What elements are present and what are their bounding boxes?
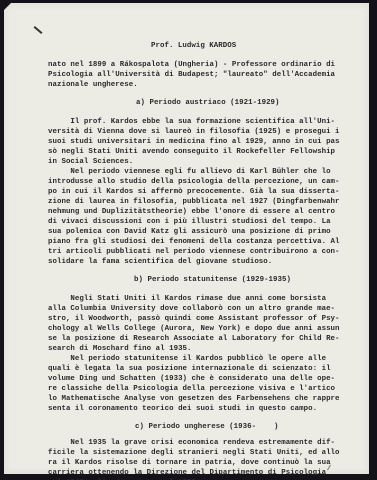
intro-line: nato nel 1899 a Rákospalota (Ungheria) -…: [48, 60, 335, 70]
paragraph-line: piano fra gli studiosi dei fenomeni dell…: [48, 237, 340, 247]
paragraph-line: carriera ottenendo la Direzione del Dipa…: [48, 468, 326, 478]
typewritten-document: Prof. Ludwig KARDOS nato nel 1899 a Ráko…: [0, 0, 377, 480]
paragraph-line: re classiche della Psicologia della perc…: [48, 384, 335, 394]
paragraph-line: chology al Wells College (Aurora, New Yo…: [48, 324, 340, 334]
paragraph-line: solidare la fama scientifica del giovane…: [48, 257, 272, 267]
document-title: Prof. Ludwig KARDOS: [151, 41, 236, 51]
paragraph-line: quali è legata la sua posizione internaz…: [48, 364, 331, 374]
paragraph-line: Il prof. Kardos ebbe la sua formazione s…: [48, 117, 335, 127]
paragraph-line: alla Columbia University dove collaborò …: [48, 304, 335, 314]
paragraph-line: di vivaci discussioni con i più illustri…: [48, 217, 331, 227]
paragraph-line: lo Mathematische Analyse von gesetzen de…: [48, 394, 340, 404]
paragraph-line: introdusse allo studio della psicologia …: [48, 177, 340, 187]
paragraph-line: sua polemica con David Katz gli assicurò…: [48, 227, 331, 237]
paragraph-line: search di Moschard fino al 1935.: [48, 344, 192, 354]
section-heading-a: a) Periodo austriaco (1921-1929): [136, 98, 280, 108]
paragraph-line: in Social Sciences.: [48, 157, 133, 167]
paragraph-line: ra il Kardos risolse di tornare in patri…: [48, 458, 331, 468]
intro-line: nazionale ungherese.: [48, 80, 138, 90]
paragraph-line: volume Ding und Schatten (1933) che è co…: [48, 374, 335, 384]
paragraph-line: Nel periodo viennese egli fu allievo di …: [48, 167, 331, 177]
paragraph-line: ficile la sistemazione degli stranieri n…: [48, 448, 340, 458]
paragraph-line: nehmung und Duplizitätstheorie) ebbe l'o…: [48, 207, 335, 217]
paragraph-line: tri articoli pubblicati nel periodo vien…: [48, 247, 340, 257]
section-heading-c: c) Periodo ungherese (1936- ): [135, 422, 279, 432]
paragraph-line: versità di Vienna dove si laureò in filo…: [48, 127, 340, 137]
paragraph-line: se la posizione di Research Associate al…: [48, 334, 340, 344]
intro-line: Psicologia all'Università di Budapest; "…: [48, 70, 335, 80]
paragraph-line: po in cui il Kardos si affermò precoceme…: [48, 187, 340, 197]
paragraph-line: zione di laurea in filosofia, pubblicata…: [48, 197, 340, 207]
paragraph-line: Negli Stati Uniti il Kardos rimase due a…: [48, 294, 326, 304]
paragraph-line: Nel 1935 la grave crisi economica rendev…: [48, 438, 335, 448]
paragraph-line: Nel periodo statunitense il Kardos pubbl…: [48, 354, 326, 364]
paragraph-line: stro, il Woodworth, passò quindi come As…: [48, 314, 340, 324]
paragraph-line: senta il coronamento teorico dei suoi st…: [48, 404, 317, 414]
section-heading-b: b) Periodo statunitense (1929-1935): [134, 275, 291, 285]
paragraph-line: suoi studi universitari in medicina fino…: [48, 137, 340, 147]
paragraph-line: sò negli Stati Uniti avendo conseguito i…: [48, 147, 335, 157]
